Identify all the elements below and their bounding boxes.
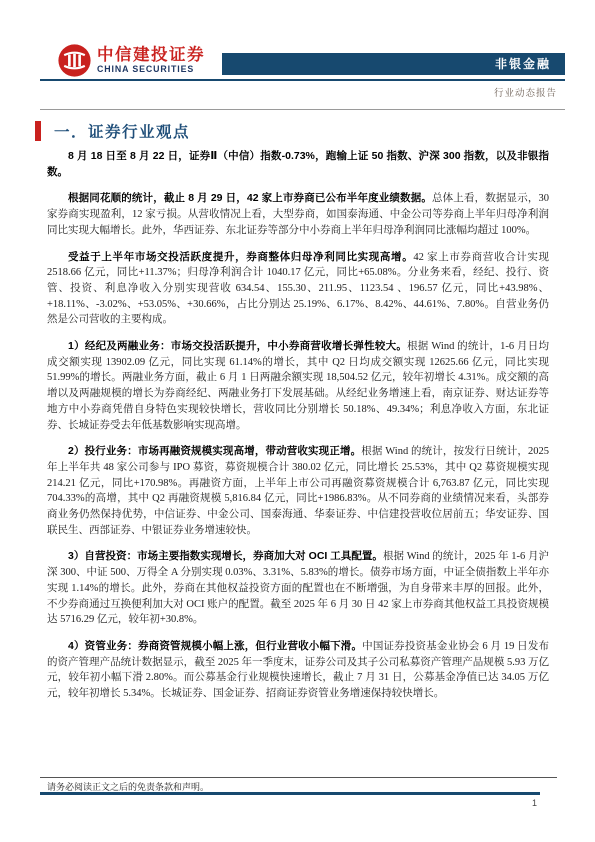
- header-divider-secondary: [40, 109, 565, 110]
- paragraph-lead: 3）自营投资：市场主要指数实现增长，券商加大对 OCI 工具配置。: [68, 550, 383, 562]
- paragraph-text: 根据 Wind 的统计，2025 年 1-6 月沪深 300、中证 500、万得…: [47, 551, 549, 625]
- paragraph: 4）资管业务：券商资管规模小幅上涨，但行业营收小幅下滑。中国证券投资基金业协会 …: [47, 639, 549, 702]
- paragraph-lead: 1）经纪及两融业务：市场交投活跃提升，中小券商营收增长弹性较大。: [68, 340, 407, 352]
- paragraph: 2）投行业务：市场再融资规模实现高增，带动营收实现正增。根据 Wind 的统计，…: [47, 444, 549, 538]
- title-accent-bar: [35, 121, 41, 141]
- paragraph-lead: 受益于上半年市场交投活跃度提升，券商整体归母净利同比实现高增。: [68, 251, 413, 263]
- company-logo: 中信建投证券 CHINA SECURITIES: [58, 44, 205, 77]
- company-logo-text: 中信建投证券 CHINA SECURITIES: [97, 46, 205, 75]
- paragraph-lead: 8 月 18 日至 8 月 22 日，证券Ⅱ（中信）指数-0.73%，跑输上证 …: [47, 150, 549, 178]
- report-page: 中信建投证券 CHINA SECURITIES 非银金融 行业动态报告 一．证券…: [0, 0, 595, 842]
- paragraph: 受益于上半年市场交投活跃度提升，券商整体归母净利同比实现高增。42 家上市券商营…: [47, 250, 549, 329]
- company-name-en: CHINA SECURITIES: [97, 64, 205, 75]
- paragraph: 8 月 18 日至 8 月 22 日，证券Ⅱ（中信）指数-0.73%，跑输上证 …: [47, 149, 549, 180]
- paragraph-text: 根据 Wind 的统计，按发行日统计，2025 年上半年共 48 家公司参与 I…: [47, 446, 549, 536]
- footer-divider-thin: [40, 777, 557, 778]
- industry-badge: 非银金融: [222, 53, 565, 75]
- report-body: 8 月 18 日至 8 月 22 日，证券Ⅱ（中信）指数-0.73%，跑输上证 …: [47, 149, 549, 713]
- section-title-block: 一．证券行业观点: [35, 120, 190, 142]
- report-type-label: 行业动态报告: [494, 85, 557, 99]
- paragraph-lead: 根据同花顺的统计，截止 8 月 29 日，42 家上市券商已公布半年度业绩数据。: [68, 192, 432, 204]
- header-divider: [40, 79, 565, 81]
- company-name-cn: 中信建投证券: [97, 46, 205, 64]
- paragraph-lead: 2）投行业务：市场再融资规模实现高增，带动营收实现正增。: [68, 445, 361, 457]
- footer-divider-thick: [40, 792, 540, 795]
- paragraph: 根据同花顺的统计，截止 8 月 29 日，42 家上市券商已公布半年度业绩数据。…: [47, 191, 549, 238]
- paragraph: 1）经纪及两融业务：市场交投活跃提升，中小券商营收增长弹性较大。根据 Wind …: [47, 339, 549, 433]
- page-number: 1: [532, 798, 537, 808]
- company-logo-icon: [58, 44, 91, 77]
- paragraph-text: 根据 Wind 的统计，1-6 月日均成交额实现 13902.09 亿元，同比实…: [47, 341, 549, 431]
- paragraph-lead: 4）资管业务：券商资管规模小幅上涨，但行业营收小幅下滑。: [68, 640, 362, 652]
- paragraph: 3）自营投资：市场主要指数实现增长，券商加大对 OCI 工具配置。根据 Wind…: [47, 549, 549, 628]
- section-title: 一．证券行业观点: [54, 120, 190, 142]
